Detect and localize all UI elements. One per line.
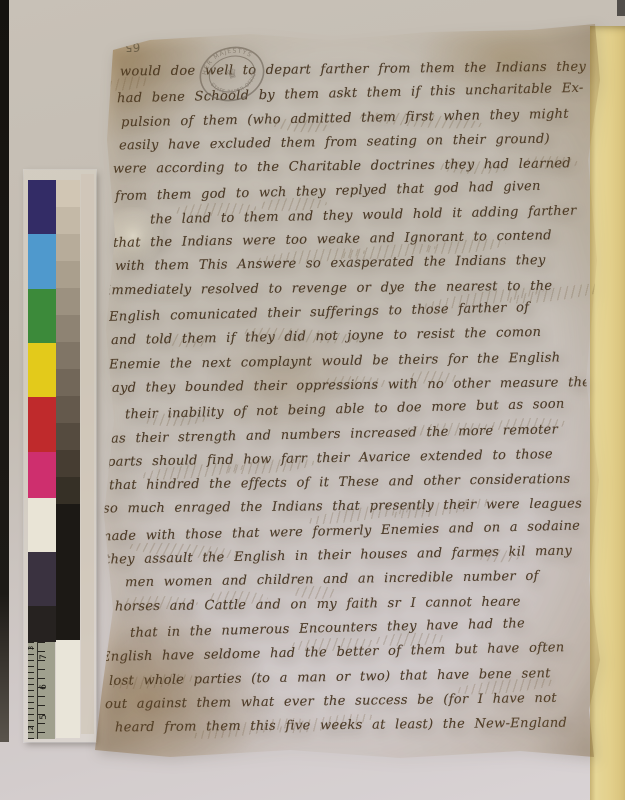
archival-manuscript-photograph: { "photo": { "folio_number": "65", "red_… [0,0,625,800]
copy-stand-edge [0,0,9,742]
folio-number: 65 [125,40,140,54]
manuscript-line: pulsion of them (who admitted them first… [121,106,569,130]
manuscript-line: men women and children and an incredible… [125,569,539,590]
manuscript-line: from them god to wch they replyed that g… [115,178,541,203]
color-patch [28,397,56,452]
stamp-crown-emblem: ♛ [224,66,239,84]
color-patch [28,234,56,289]
manuscript-line: their inability of not being able to doe… [125,397,565,423]
calibration-grayscale-column [56,180,80,738]
gray-step [56,450,80,477]
manuscript-line: were according to the Charitable doctrin… [113,156,571,177]
color-patch [28,452,56,498]
gray-step [56,342,80,369]
manuscript-line: lost whole parties (to a man or two) tha… [109,666,551,689]
manuscript-line: the land to them and they would hold it … [150,203,577,227]
color-patch [28,552,56,606]
gray-step [56,369,80,396]
manuscript-line: so much enraged the Indians that present… [103,497,582,517]
calibration-color-column [28,180,56,642]
manuscript-line: as their strength and numbers increased … [111,422,558,446]
gray-step [56,396,80,423]
manuscript-line: easily have excluded them from seating o… [119,132,550,154]
color-patch [28,289,56,343]
ruler-cm-number: 7 [39,654,49,660]
manuscript-line: sayd they bounded their oppressions with… [105,375,599,396]
manuscript-line: horses and Cattle and on my faith sr I c… [115,594,521,614]
color-patch [28,498,56,552]
manuscript-page: would doe well to depart farther from th… [85,22,600,767]
manuscript-line: that the Indians were too weake and Igno… [113,228,552,251]
gray-step [56,423,80,450]
gray-step [56,180,80,207]
gray-step [56,261,80,288]
manuscript-line: parts should find how farr their Avarice… [107,447,553,470]
manuscript-line: heard from them this five weeks at least… [115,716,567,736]
manuscript-line: made with those that were formerly Enemi… [99,518,580,544]
ruler: 76532 [28,642,55,739]
manuscript-line: Enemie the next complaynt would be their… [109,350,561,372]
manuscript-line: had bene Schoold by them askt them if th… [117,81,584,107]
gray-step [56,234,80,261]
ruler-inch-number: 3 [28,646,35,650]
manuscript-line: English have seldome had the better of t… [101,640,565,665]
red-foliation-number: 38 [300,25,317,41]
manuscript-line: would doe well to depart farther from th… [120,60,586,80]
gray-step [56,477,80,504]
ruler-cm-number: 5 [39,714,49,720]
color-patch [28,180,56,234]
ruler-cm-number: 6 [39,684,49,690]
manuscript-line: they assault the English in their houses… [105,544,572,568]
manuscript-line: that in the numerous Encounters they hav… [130,616,525,641]
black-section [56,504,80,640]
frame-corner-shadow [617,0,625,16]
white-section [56,640,80,738]
gray-step [56,288,80,315]
manuscript-line: English comunicated their sufferings to … [109,300,530,325]
manuscript-page-wrapper: would doe well to depart farther from th… [85,22,600,767]
manuscript-line: and told them if they did not joyne to r… [111,325,541,348]
manuscript-line: with them This Answere so exasperated th… [115,253,546,274]
gray-step [56,315,80,342]
ruler-inch-ticks [28,642,34,739]
manuscript-line: that hindred the effects of it These and… [109,472,571,493]
handwritten-text-layer: would doe well to depart farther from th… [85,22,600,767]
color-patch [28,606,56,642]
manuscript-line: immediately resolved to revenge or dye t… [107,278,553,298]
gray-step [56,207,80,234]
manuscript-line: out against them what ever the success b… [105,691,557,712]
color-patch [28,343,56,397]
ruler-inch-number: 2 [28,726,35,730]
